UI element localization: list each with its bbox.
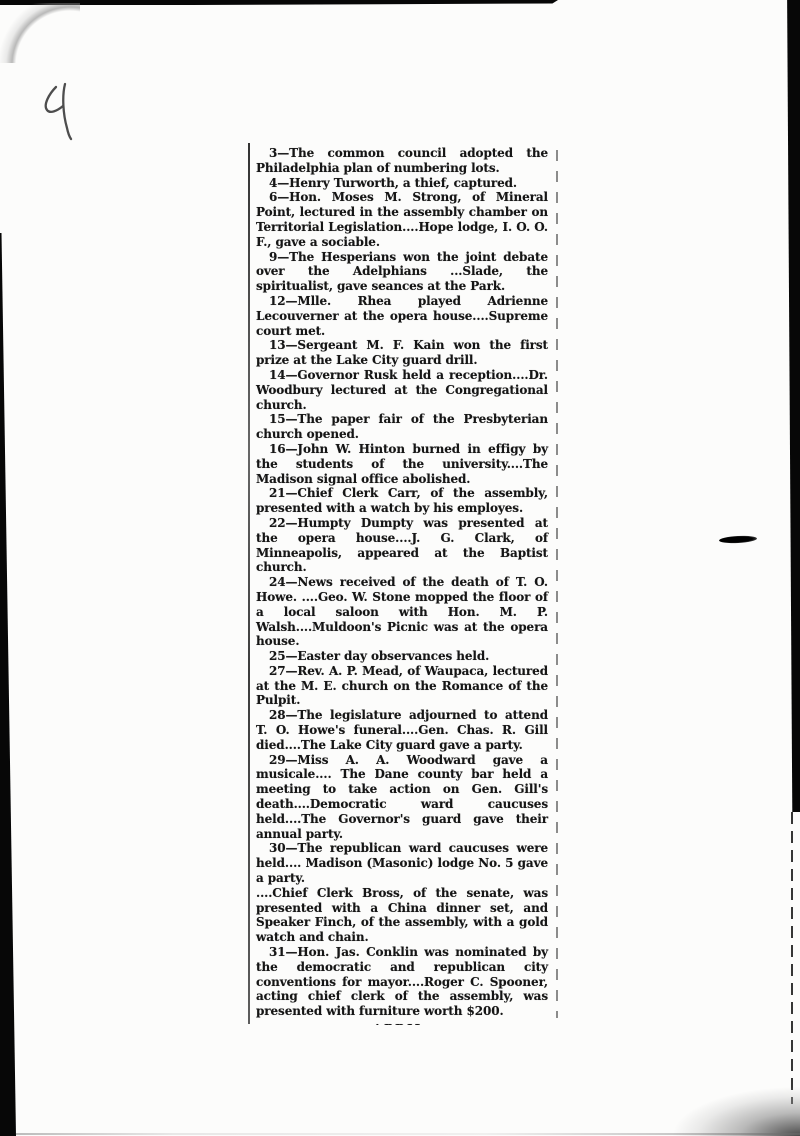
diary-entry: 12—Mlle. Rhea played Adrienne Lecouverne… (256, 294, 548, 338)
ink-smudge (719, 535, 757, 544)
diary-entry: 16—John W. Hinton burned in effigy by th… (256, 442, 548, 486)
scan-edge-left (0, 233, 16, 1136)
diary-entry: 21—Chief Clerk Carr, of the assembly, pr… (256, 486, 548, 516)
diary-entry: 6—Hon. Moses M. Strong, of Mineral Point… (256, 190, 548, 249)
diary-entry: 31—Hon. Jas. Conklin was nominated by th… (256, 945, 548, 1019)
diary-entry: 28—The legislature adjourned to attend T… (256, 708, 548, 752)
diary-entry: 15—The paper fair of the Presbyterian ch… (256, 412, 548, 442)
diary-entry: 9—The Hesperians won the joint debate ov… (256, 250, 548, 294)
diary-entry: 25—Easter day observances held. (256, 649, 548, 664)
scan-edge-bottom (16, 1133, 800, 1135)
page-curl-top-left (0, 3, 80, 63)
column-rule-left (248, 143, 250, 1024)
diary-entry: 22—Humpty Dumpty was presented at the op… (256, 516, 548, 575)
diary-entry: 4—Henry Turworth, a thief, captured. (256, 176, 548, 191)
diary-entry: 30—The republican ward caucuses were hel… (256, 841, 548, 885)
handwritten-page-number (38, 78, 84, 146)
diary-entry: 13—Sergeant M. F. Kain won the first pri… (256, 338, 548, 368)
march-entries: 3—The common council adopted the Philade… (256, 146, 548, 1019)
diary-entry: 24—News received of the death of T. O. H… (256, 575, 548, 649)
page-curl-bottom-right (650, 1074, 800, 1136)
scan-edge-right-dashed-line (791, 812, 793, 1104)
diary-entry: 14—Governor Rusk held a reception....Dr.… (256, 368, 548, 412)
diary-entry: 3—The common council adopted the Philade… (256, 146, 548, 176)
diary-entry: 27—Rev. A. P. Mead, of Waupaca, lectured… (256, 664, 548, 708)
diary-entry: ....Chief Clerk Bross, of the senate, wa… (256, 886, 548, 945)
scanned-newspaper-page: 3—The common council adopted the Philade… (0, 0, 800, 1136)
scan-edge-top (0, 0, 558, 5)
column-rule-right (556, 150, 558, 1018)
news-diary-column: 3—The common council adopted the Philade… (252, 145, 551, 1025)
scan-edge-right (786, 0, 800, 812)
section-heading-april: APRIL. (256, 1022, 548, 1025)
diary-entry: 29—Miss A. A. Woodward gave a musicale..… (256, 753, 548, 842)
